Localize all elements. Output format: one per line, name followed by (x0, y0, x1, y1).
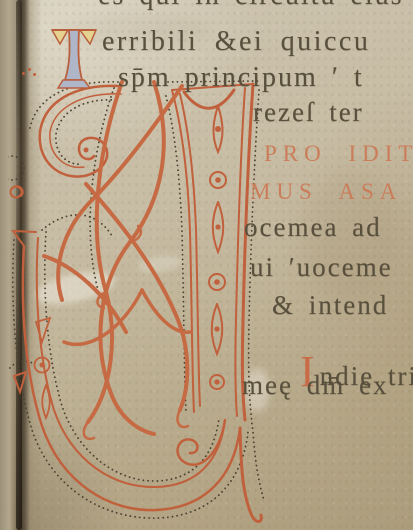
rubric-line-pro-idit: PRO IDIT (264, 141, 413, 167)
text-line-ui-voce: ui ʹuoceme (250, 252, 393, 283)
text-line-mee-dm: meę dm̄ ex (242, 370, 388, 401)
text-line-reges: rezeſ ter (253, 97, 364, 128)
versal-T-shapes (52, 30, 96, 88)
text-line-cropped: es qui in circuitu eius (98, 0, 404, 12)
text-line-principum: sp̄m principum ʹ t (118, 62, 364, 94)
interlace-strands (44, 82, 190, 439)
illuminated-initial-V (8, 80, 264, 530)
manuscript-page: es qui in circuitu eius erribili &ei qui… (0, 0, 413, 530)
versal-T-initial (50, 22, 98, 96)
text-line-et-intendit: & intend (272, 290, 388, 321)
rubric-line-mus-asa: MUS ASA (250, 179, 402, 205)
text-line-voce-mea: ocemea ad (244, 212, 382, 243)
text-line-terribili: erribili &ei quiccu (102, 26, 370, 58)
red-dot-ornament (22, 72, 25, 75)
